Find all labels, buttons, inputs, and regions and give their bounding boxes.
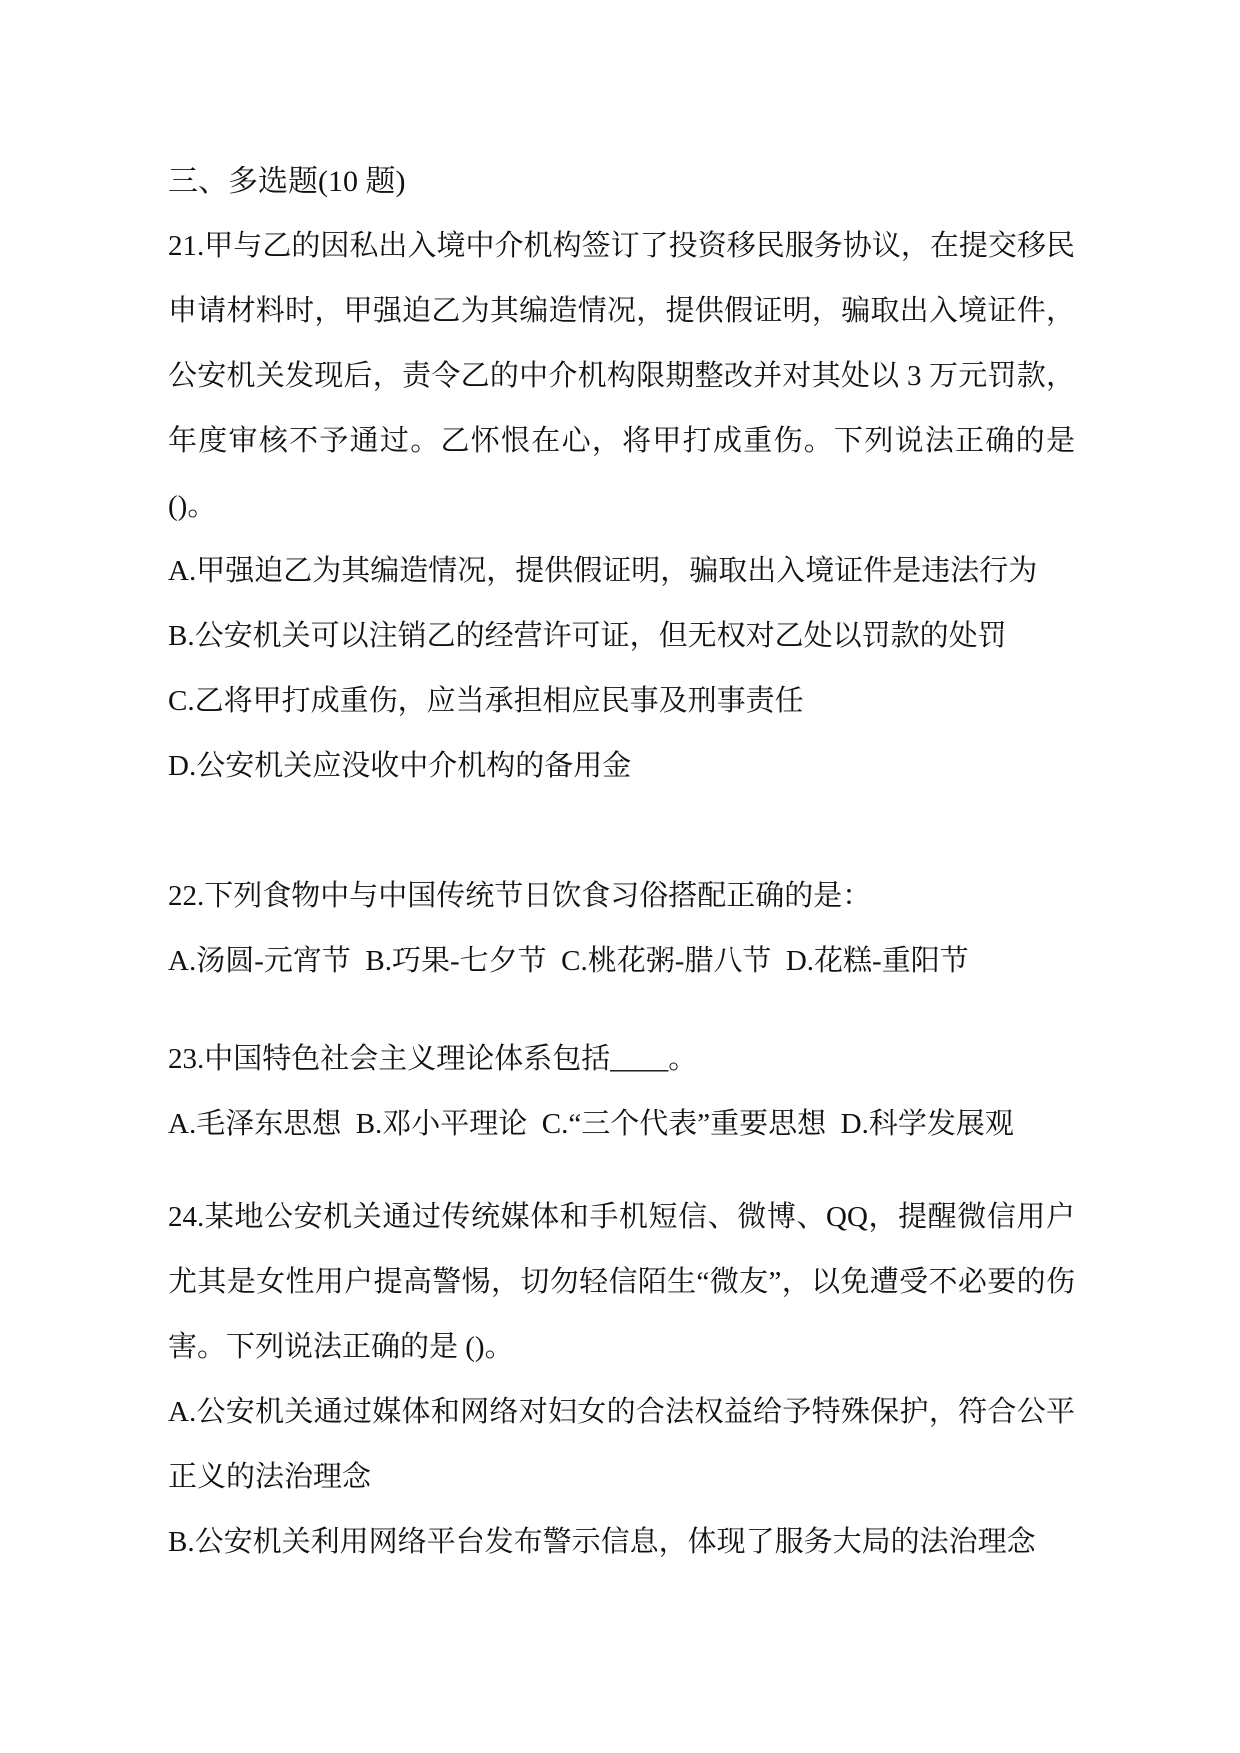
section-header: 三、多选题(10 题)	[168, 149, 1075, 214]
question-24-option-a: A.公安机关通过媒体和网络对妇女的合法权益给予特殊保护，符合公平正义的法治理念	[168, 1380, 1075, 1510]
question-23-text: 23.中国特色社会主义理论体系包括____。	[168, 1027, 1075, 1092]
question-22-text: 22.下列食物中与中国传统节日饮食习俗搭配正确的是：	[168, 864, 1075, 929]
question-21-option-b: B.公安机关可以注销乙的经营许可证，但无权对乙处以罚款的处罚	[168, 604, 1075, 669]
question-21: 21.甲与乙的因私出入境中介机构签订了投资移民服务协议，在提交移民申请材料时，甲…	[168, 214, 1075, 799]
question-23-options-line: A.毛泽东思想 B.邓小平理论 C.“三个代表”重要思想 D.科学发展观	[168, 1092, 1075, 1157]
question-21-option-a: A.甲强迫乙为其编造情况，提供假证明，骗取出入境证件是违法行为	[168, 539, 1075, 604]
question-21-option-c: C.乙将甲打成重伤，应当承担相应民事及刑事责任	[168, 669, 1075, 734]
question-21-option-d: D.公安机关应没收中介机构的备用金	[168, 734, 1075, 799]
question-24-option-b: B.公安机关利用网络平台发布警示信息，体现了服务大局的法治理念	[168, 1510, 1075, 1575]
exam-page: 三、多选题(10 题) 21.甲与乙的因私出入境中介机构签订了投资移民服务协议，…	[0, 0, 1240, 1753]
question-21-text: 21.甲与乙的因私出入境中介机构签订了投资移民服务协议，在提交移民申请材料时，甲…	[168, 214, 1075, 539]
question-22-options-line: A.汤圆-元宵节 B.巧果-七夕节 C.桃花粥-腊八节 D.花糕-重阳节	[168, 929, 1075, 994]
question-23: 23.中国特色社会主义理论体系包括____。 A.毛泽东思想 B.邓小平理论 C…	[168, 1027, 1075, 1157]
question-24: 24.某地公安机关通过传统媒体和手机短信、微博、QQ，提醒微信用户尤其是女性用户…	[168, 1185, 1075, 1575]
question-24-text: 24.某地公安机关通过传统媒体和手机短信、微博、QQ，提醒微信用户尤其是女性用户…	[168, 1185, 1075, 1380]
question-22: 22.下列食物中与中国传统节日饮食习俗搭配正确的是： A.汤圆-元宵节 B.巧果…	[168, 864, 1075, 994]
